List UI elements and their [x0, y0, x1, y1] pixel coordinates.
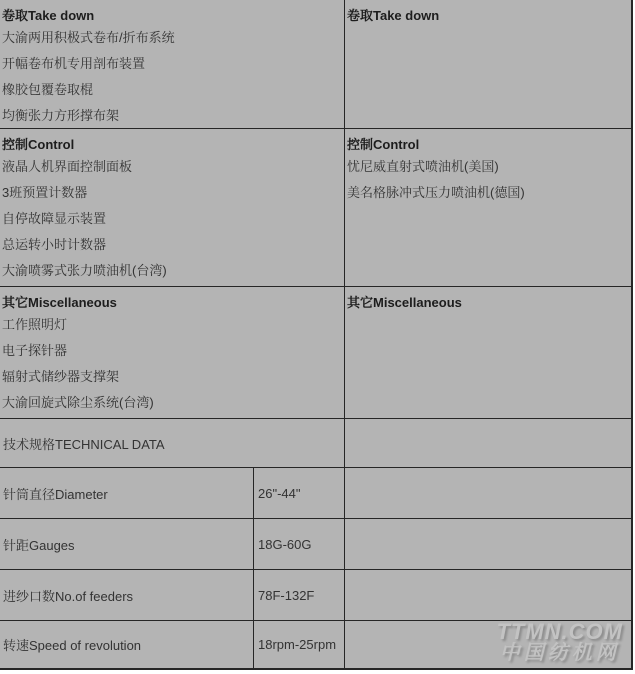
list-item: 大渝回旋式除尘系统(台湾)	[0, 390, 344, 416]
list-item: 大渝两用积极式卷布/折布系统	[0, 25, 344, 51]
spec-label: 针距Gauges	[0, 519, 254, 569]
spec-value: 18rpm-25rpm	[254, 621, 345, 668]
list-item: 大渝喷雾式张力喷油机(台湾)	[0, 258, 344, 284]
technical-data-row: 技术规格TECHNICAL DATA	[0, 419, 631, 468]
takedown-left-cell: 卷取Take down 大渝两用积极式卷布/折布系统 开幅卷布机专用剖布装置 橡…	[0, 0, 345, 128]
misc-right-cell: 其它Miscellaneous	[345, 287, 631, 418]
section-row-takedown: 卷取Take down 大渝两用积极式卷布/折布系统 开幅卷布机专用剖布装置 橡…	[0, 0, 631, 129]
spec-label: 针筒直径Diameter	[0, 468, 254, 518]
list-item: 工作照明灯	[0, 312, 344, 338]
technical-data-header: 技术规格TECHNICAL DATA	[0, 434, 165, 453]
list-item: 开幅卷布机专用剖布装置	[0, 51, 344, 77]
list-item: 自停故障显示装置	[0, 206, 344, 232]
spec-empty-cell	[345, 570, 631, 620]
list-item: 液晶人机界面控制面板	[0, 154, 344, 180]
machine-spec-table: 卷取Take down 大渝两用积极式卷布/折布系统 开幅卷布机专用剖布装置 橡…	[0, 0, 633, 670]
control-right-cell: 控制Control 忧尼威直射式喷油机(美国) 美名格脉冲式压力喷油机(德国)	[345, 129, 631, 286]
spec-label: 进纱口数No.of feeders	[0, 570, 254, 620]
list-item: 美名格脉冲式压力喷油机(德国)	[345, 180, 631, 206]
section-row-miscellaneous: 其它Miscellaneous 工作照明灯 电子探针器 辐射式储纱器支撑架 大渝…	[0, 287, 631, 419]
table-row-gauges: 针距Gauges 18G-60G	[0, 519, 631, 570]
misc-left-cell: 其它Miscellaneous 工作照明灯 电子探针器 辐射式储纱器支撑架 大渝…	[0, 287, 345, 418]
takedown-right-header: 卷取Take down	[345, 0, 631, 25]
control-left-cell: 控制Control 液晶人机界面控制面板 3班预置计数器 自停故障显示装置 总运…	[0, 129, 345, 286]
misc-right-header: 其它Miscellaneous	[345, 287, 631, 312]
section-row-control: 控制Control 液晶人机界面控制面板 3班预置计数器 自停故障显示装置 总运…	[0, 129, 631, 287]
spec-empty-cell	[345, 519, 631, 569]
table-row-speed: 转速Speed of revolution 18rpm-25rpm	[0, 621, 631, 668]
takedown-right-cell: 卷取Take down	[345, 0, 631, 128]
spec-empty-cell	[345, 621, 631, 668]
spec-value: 78F-132F	[254, 570, 345, 620]
misc-left-header: 其它Miscellaneous	[0, 287, 344, 312]
list-item: 忧尼威直射式喷油机(美国)	[345, 154, 631, 180]
list-item: 3班预置计数器	[0, 180, 344, 206]
table-row-feeders: 进纱口数No.of feeders 78F-132F	[0, 570, 631, 621]
control-right-header: 控制Control	[345, 129, 631, 154]
takedown-left-header: 卷取Take down	[0, 0, 344, 25]
control-left-header: 控制Control	[0, 129, 344, 154]
list-item: 电子探针器	[0, 338, 344, 364]
spec-value: 18G-60G	[254, 519, 345, 569]
table-row-diameter: 针筒直径Diameter 26"-44"	[0, 468, 631, 519]
list-item: 辐射式储纱器支撑架	[0, 364, 344, 390]
list-item: 均衡张力方形撑布架	[0, 103, 344, 129]
technical-data-right-cell	[345, 419, 631, 467]
list-item: 橡胶包覆卷取棍	[0, 77, 344, 103]
spec-value: 26"-44"	[254, 468, 345, 518]
technical-data-left-cell: 技术规格TECHNICAL DATA	[0, 419, 345, 467]
spec-empty-cell	[345, 468, 631, 518]
list-item: 总运转小时计数器	[0, 232, 344, 258]
spec-label: 转速Speed of revolution	[0, 621, 254, 668]
